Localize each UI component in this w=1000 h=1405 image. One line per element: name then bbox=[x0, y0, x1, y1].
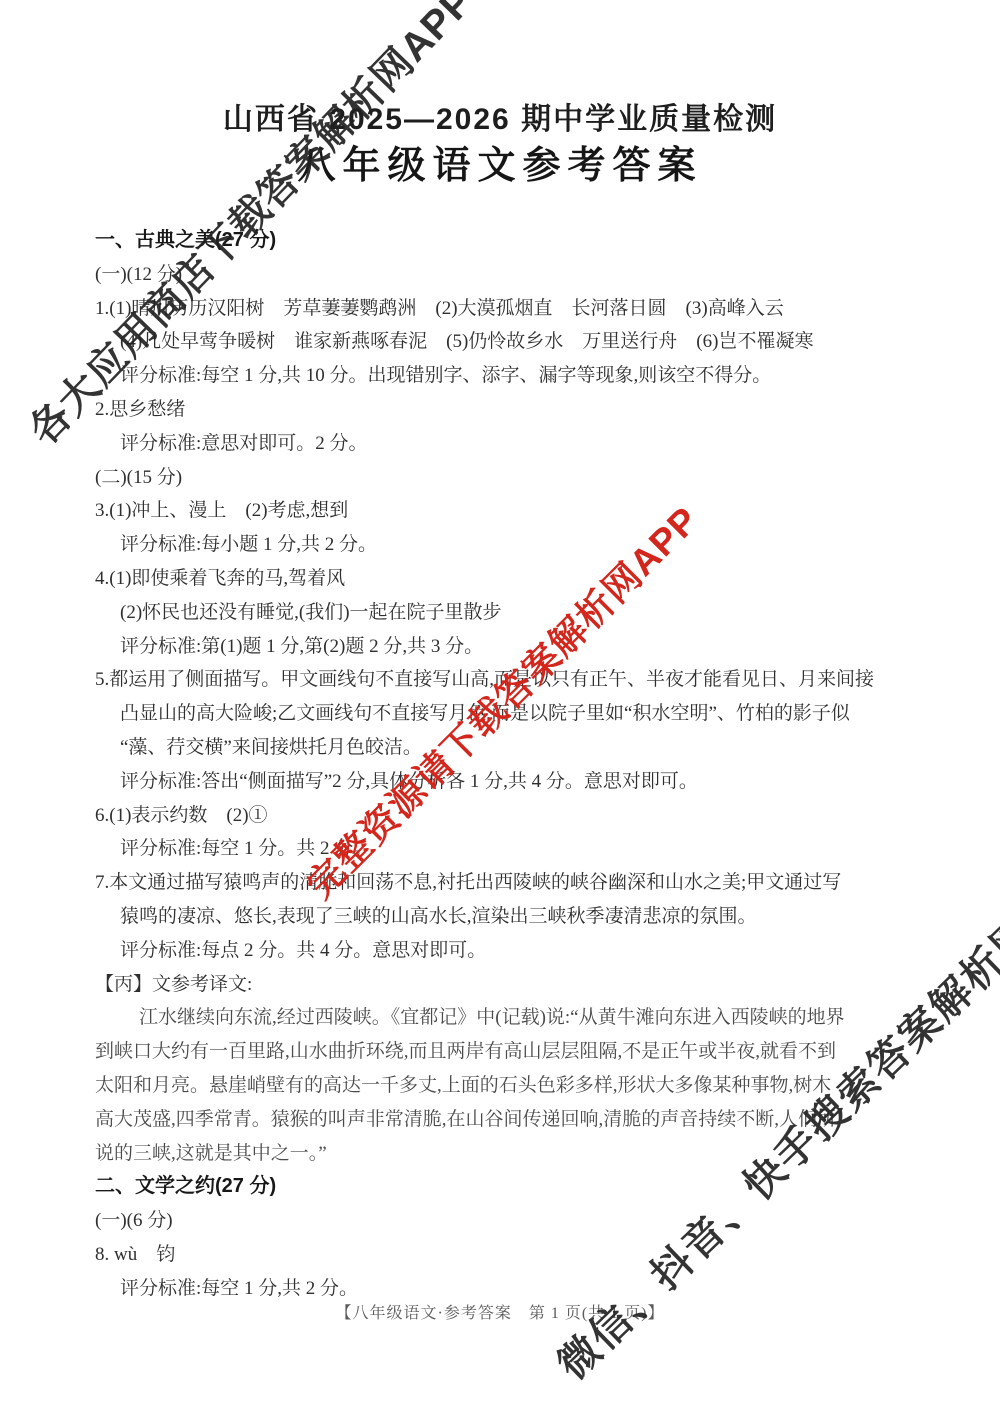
answer-line: 3.(1)冲上、漫上 (2)考虑,想到 bbox=[95, 494, 930, 528]
scoring-note: 评分标准:第(1)题 1 分,第(2)题 2 分,共 3 分。 bbox=[95, 630, 930, 664]
translation-line: 高大茂盛,四季常青。猿猴的叫声非常清脆,在山谷间传递回响,清脆的声音持续不断,人… bbox=[95, 1103, 930, 1137]
answer-line: “藻、荇交横”来间接烘托月色皎洁。 bbox=[95, 731, 930, 765]
scoring-note: 评分标准:答出“侧面描写”2 分,具体分析各 1 分,共 4 分。意思对即可。 bbox=[95, 765, 930, 799]
answer-line: 4.(1)即使乘着飞奔的马,驾着风 bbox=[95, 562, 930, 596]
scoring-note: 评分标准:每空 1 分,共 10 分。出现错别字、添字、漏字等现象,则该空不得分… bbox=[95, 359, 930, 393]
scoring-note: 评分标准:每小题 1 分,共 2 分。 bbox=[95, 528, 930, 562]
section-heading: 一、古典之美(27 分) bbox=[95, 224, 930, 258]
answer-line: 6.(1)表示约数 (2)① bbox=[95, 799, 930, 833]
section-heading: 二、文学之约(27 分) bbox=[95, 1170, 930, 1204]
subsection-label: (二)(15 分) bbox=[95, 461, 930, 495]
answer-line: 8. wù 钧 bbox=[95, 1238, 930, 1272]
scoring-note: 评分标准:每空 1 分。共 2 分。 bbox=[95, 832, 930, 866]
answer-line: 2.思乡愁绪 bbox=[95, 393, 930, 427]
translation-line: 说的三峡,这就是其中之一。” bbox=[95, 1137, 930, 1171]
translation-line: 到峡口大约有一百里路,山水曲折环绕,而且两岸有高山层层阻隔,不是正午或半夜,就看… bbox=[95, 1035, 930, 1069]
answer-line: 猿鸣的凄凉、悠长,表现了三峡的山高水长,渲染出三峡秋季凄清悲凉的氛围。 bbox=[95, 900, 930, 934]
answer-sheet-page: 山西省 2025—2026 期中学业质量检测 八年级语文参考答案 一、古典之美(… bbox=[0, 0, 1000, 1405]
translation-line: 江水继续向东流,经过西陵峡。《宜都记》中(记载)说:“从黄牛滩向东进入西陵峡的地… bbox=[95, 1001, 930, 1035]
scoring-note: 评分标准:每点 2 分。共 4 分。意思对即可。 bbox=[95, 934, 930, 968]
page-subtitle: 八年级语文参考答案 bbox=[0, 134, 1000, 189]
answer-line: (4)几处早莺争暖树 谁家新燕啄春泥 (5)仍怜故乡水 万里送行舟 (6)岂不罹… bbox=[95, 325, 930, 359]
subsection-label: (一)(12 分) bbox=[95, 258, 930, 292]
scoring-note: 评分标准:意思对即可。2 分。 bbox=[95, 427, 930, 461]
answer-line: (2)怀民也还没有睡觉,(我们)一起在院子里散步 bbox=[95, 596, 930, 630]
subsection-label: (一)(6 分) bbox=[95, 1204, 930, 1238]
answer-body: 一、古典之美(27 分) (一)(12 分) 1.(1)晴川历历汉阳树 芳草萋萋… bbox=[95, 224, 930, 1306]
page-title: 山西省 2025—2026 期中学业质量检测 bbox=[0, 94, 1000, 138]
answer-line: 凸显山的高大险峻;乙文画线句不直接写月色,而是以院子里如“积水空明”、竹柏的影子… bbox=[95, 697, 930, 731]
translation-line: 太阳和月亮。悬崖峭壁有的高达一千多丈,上面的石头色彩多样,形状大多像某种事物,树… bbox=[95, 1069, 930, 1103]
translation-label: 【丙】文参考译文: bbox=[95, 968, 930, 1002]
footer-text: 【八年级语文·参考答案 第 1 页(共 1 页)】 bbox=[0, 1300, 1000, 1323]
answer-line: 1.(1)晴川历历汉阳树 芳草萋萋鹦鹉洲 (2)大漠孤烟直 长河落日圆 (3)高… bbox=[95, 292, 930, 326]
answer-line: 5.都运用了侧面描写。甲文画线句不直接写山高,而是以只有正午、半夜才能看见日、月… bbox=[95, 663, 930, 697]
answer-line: 7.本文通过描写猿鸣声的清脆和回荡不息,衬托出西陵峡的峡谷幽深和山水之美;甲文通… bbox=[95, 866, 930, 900]
